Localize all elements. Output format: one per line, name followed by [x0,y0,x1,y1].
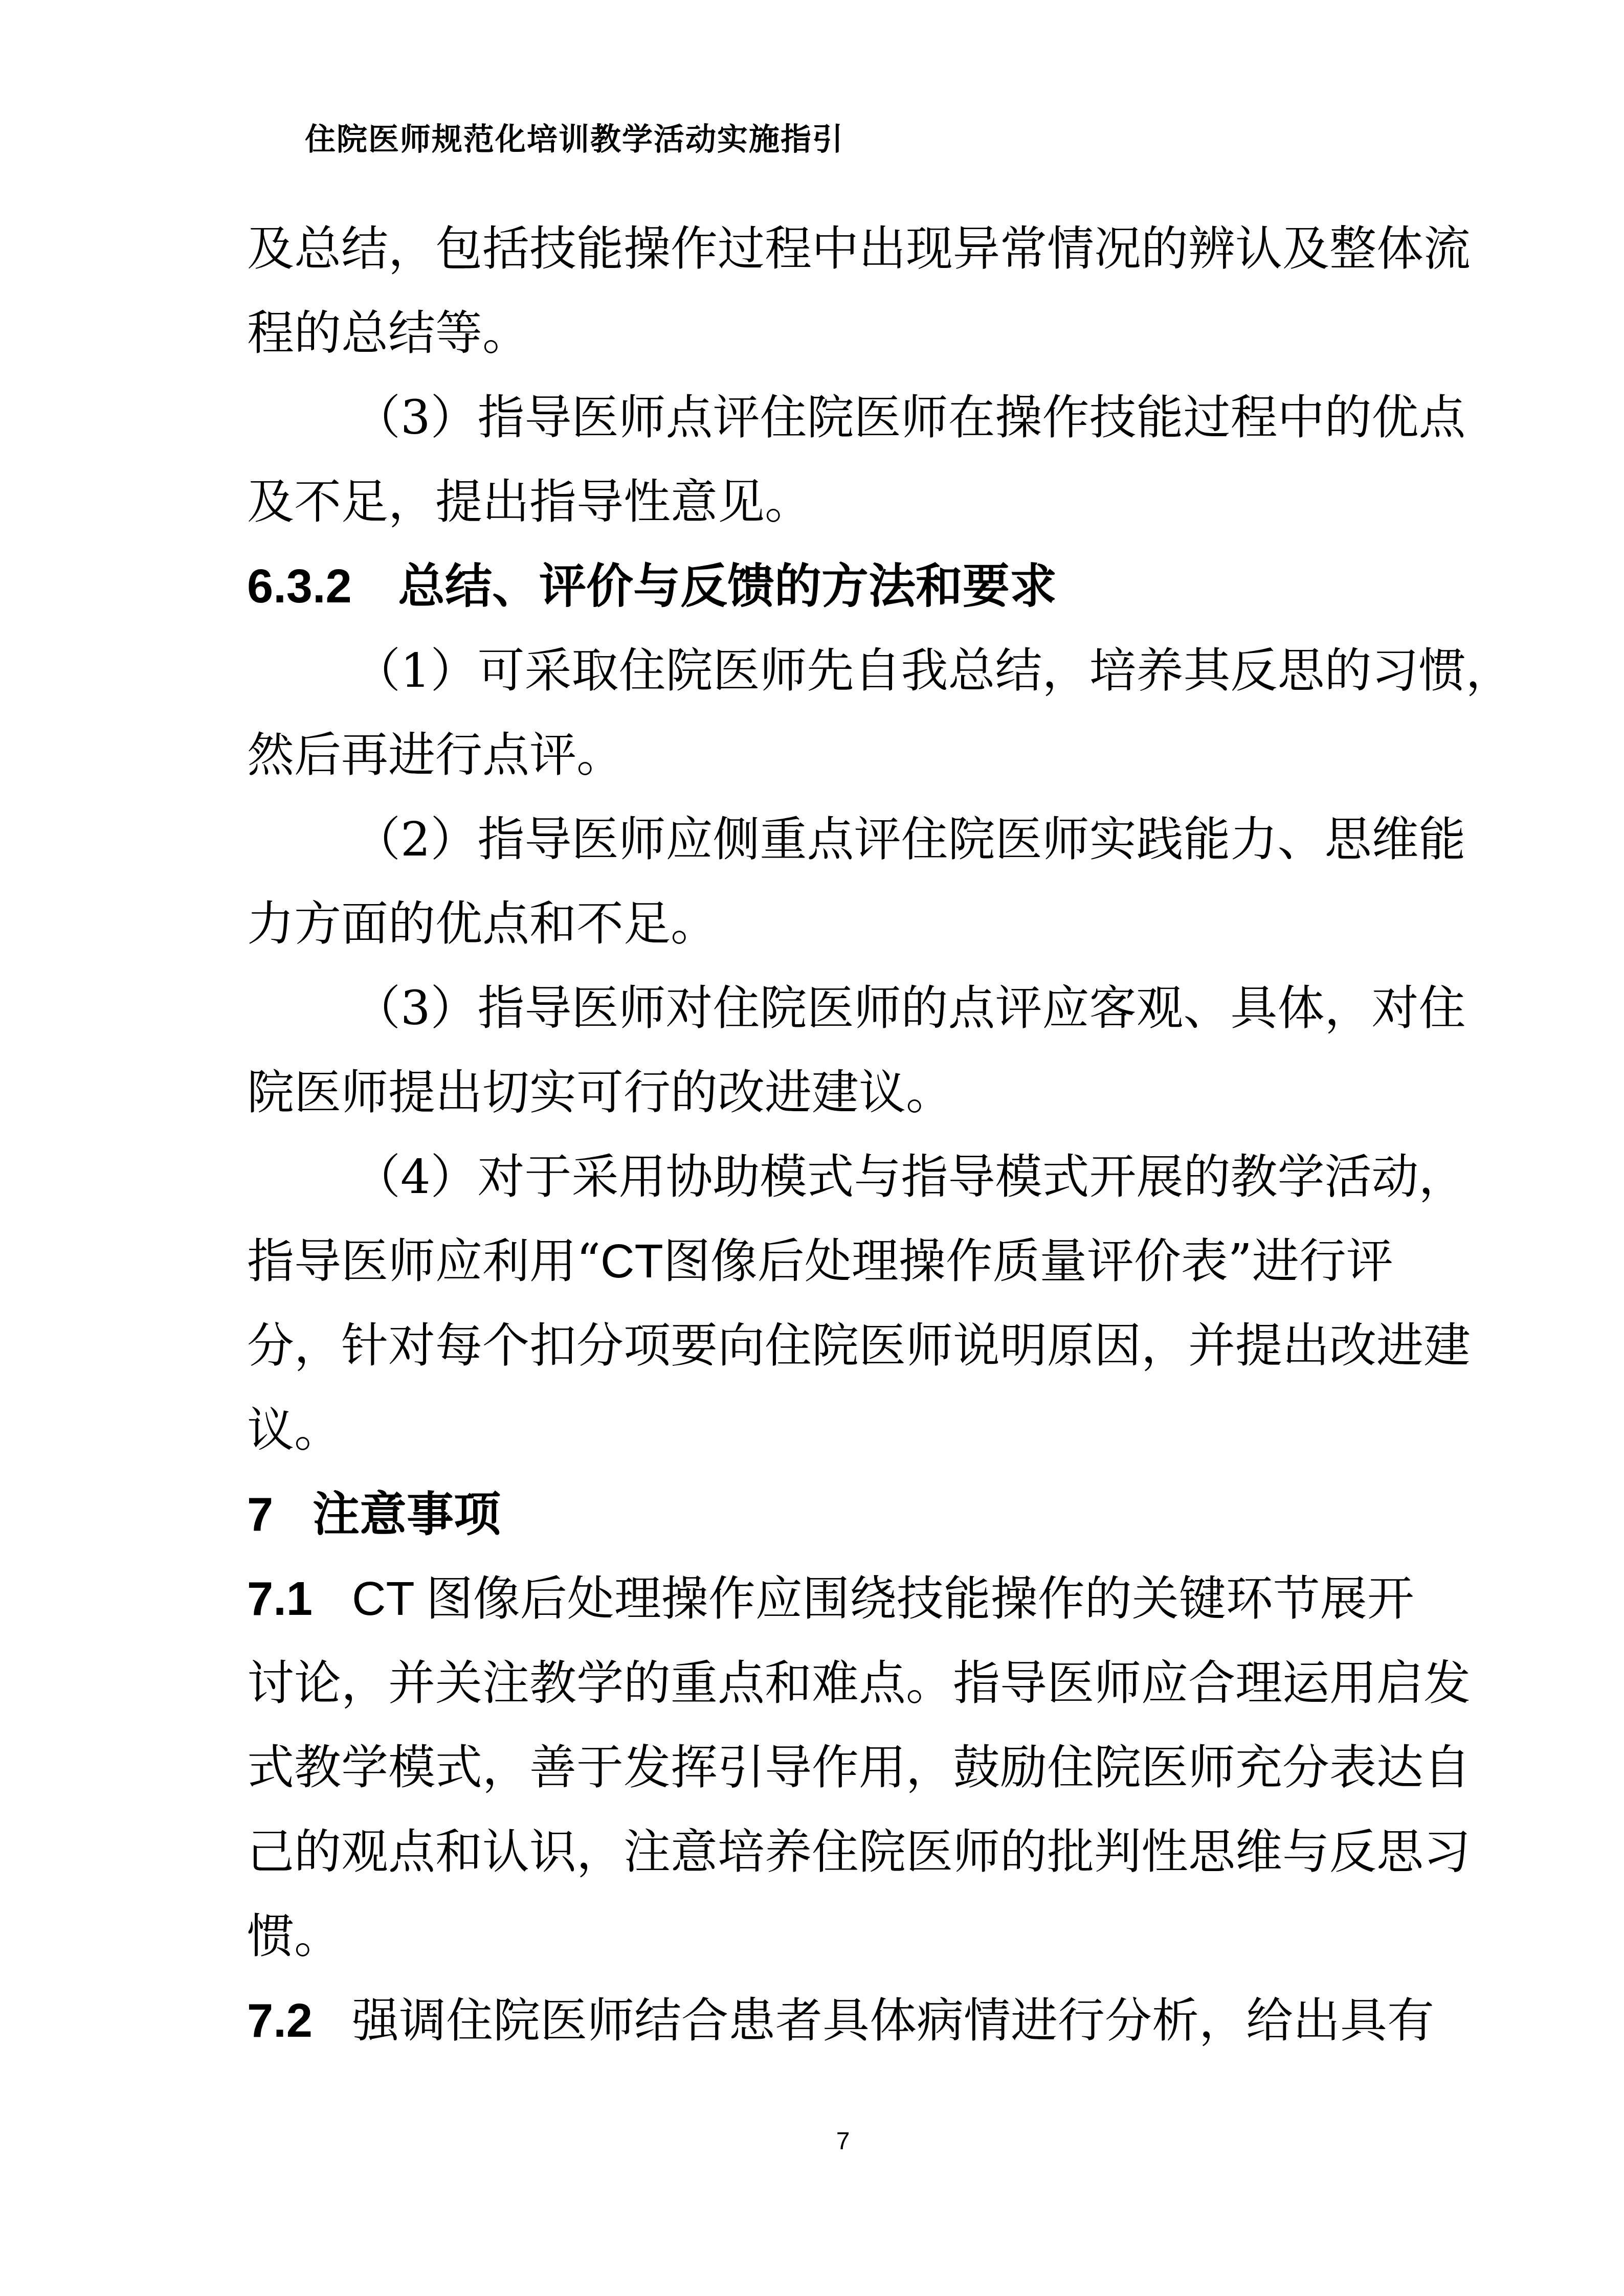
page-number: 7 [833,2126,853,2157]
list-item-3-line: （3）指导医师对住院医师的点评应客观、具体，对住 [353,983,1374,1034]
line-text: 强调住院医师结合患者具体病情进行分析，给出具有 [352,1993,1434,2048]
paragraph-line: 力方面的优点和不足。 [247,898,1374,950]
section-7-2-line: 7.2强调住院医师结合患者具体病情进行分析，给出具有 [247,1995,1374,2046]
paragraph-line: 议。 [247,1405,1374,1456]
paragraph-line: 讨论，并关注教学的重点和难点。指导医师应合理运用启发 [247,1658,1374,1709]
line-text: 图像后处理操作质量评价表”进行评 [663,1234,1393,1289]
paragraph-line: 己的观点和认识，注意培养住院医师的批判性思维与反思习 [247,1827,1374,1878]
line-text: 指导医师应利用“ [247,1234,600,1289]
paragraph-line: 及不足，提出指导性意见。 [247,477,1374,528]
section-title: 总结、评价与反馈的方法和要求 [398,559,1057,614]
latin-text: CT [600,1235,663,1288]
section-heading-6-3-2: 6.3.2总结、评价与反馈的方法和要求 [247,561,1374,612]
latin-text: CT [352,1573,415,1625]
paragraph-line: 然后再进行点评。 [247,730,1374,781]
section-heading-7: 7注意事项 [247,1489,1374,1540]
line-text: 图像后处理操作应围绕技能操作的关键环节展开 [415,1571,1414,1626]
running-header: 住院医师规范化培训教学活动实施指引 [305,122,844,157]
section-title: 注意事项 [313,1487,501,1542]
paragraph-line: 院医师提出切实可行的改进建议。 [247,1067,1374,1118]
list-item-3-line: （3）指导医师点评住院医师在操作技能过程中的优点 [353,392,1374,443]
paragraph-line: 分，针对每个扣分项要向住院医师说明原因，并提出改进建 [247,1320,1374,1371]
list-item-1-line: （1）可采取住院医师先自我总结，培养其反思的习惯， [353,645,1374,696]
section-7-1-line: 7.1CT图像后处理操作应围绕技能操作的关键环节展开 [247,1573,1374,1625]
paragraph-line: 式教学模式，善于发挥引导作用，鼓励住院医师充分表达自 [247,1742,1374,1793]
list-item-2-line: （2）指导医师应侧重点评住院医师实践能力、思维能 [353,814,1374,865]
paragraph-line: 惯。 [247,1911,1374,1962]
section-number: 7.1 [247,1573,352,1625]
document-page: 住院医师规范化培训教学活动实施指引 及总结，包括技能操作过程中出现异常情况的辨认… [0,0,1624,2296]
section-number: 6.3.2 [247,561,398,612]
paragraph-line: 指导医师应利用“CT图像后处理操作质量评价表”进行评 [247,1236,1374,1287]
section-number: 7.2 [247,1995,352,2046]
paragraph-line: 及总结，包括技能操作过程中出现异常情况的辨认及整体流 [247,223,1374,275]
paragraph-line: 程的总结等。 [247,308,1374,359]
section-number: 7 [247,1489,313,1540]
list-item-4-line: （4）对于采用协助模式与指导模式开展的教学活动， [353,1152,1374,1203]
